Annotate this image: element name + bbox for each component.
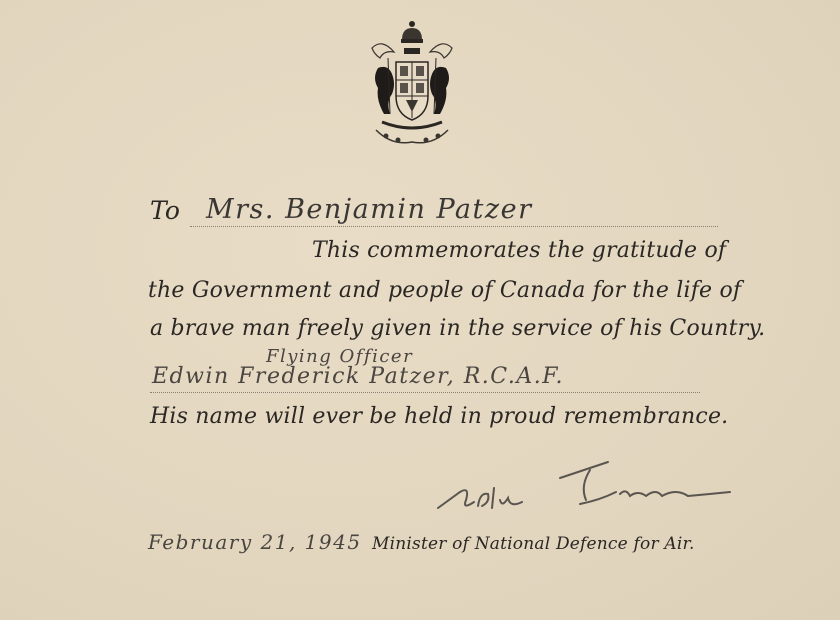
signatory-title: Minister of National Defence for Air.	[372, 534, 695, 554]
recipient-dotted-line	[190, 226, 718, 227]
signature	[430, 452, 740, 522]
recipient-name: Mrs. Benjamin Patzer	[206, 194, 532, 225]
coat-of-arms-of-canada-icon	[362, 18, 462, 150]
honoree-dotted-line	[150, 392, 700, 393]
salutation-prefix: To	[150, 196, 180, 225]
body-line-3: a brave man freely given in the service …	[150, 316, 765, 341]
body-line-1: This commemorates the gratitude of	[312, 238, 726, 263]
closing-line: His name will ever be held in proud reme…	[150, 404, 728, 429]
memorial-certificate: To Mrs. Benjamin Patzer This commemorate…	[0, 0, 840, 620]
date: February 21, 1945	[148, 530, 362, 554]
honoree-name: Edwin Frederick Patzer, R.C.A.F.	[152, 364, 564, 389]
body-line-2: the Government and people of Canada for …	[148, 278, 741, 303]
